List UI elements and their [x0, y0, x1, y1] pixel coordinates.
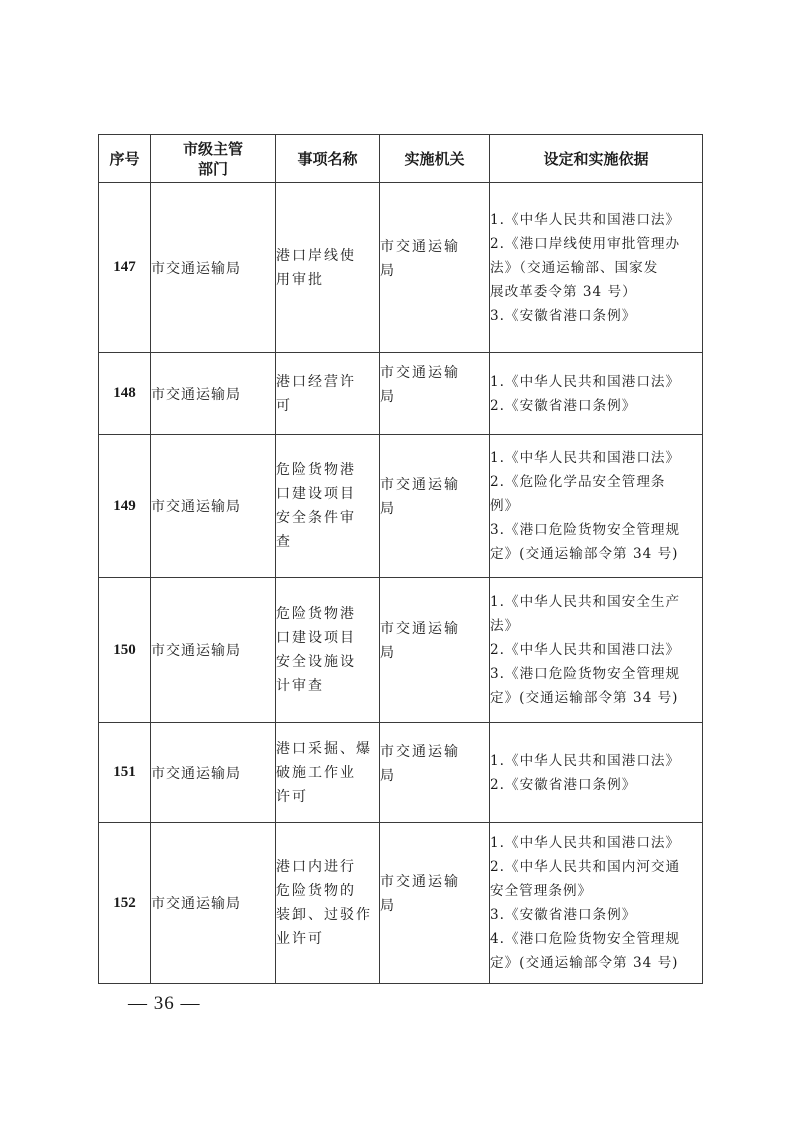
item-name-line: 港口经营许 [276, 370, 379, 394]
table-row: 152市交通运输局港口内进行危险货物的装卸、过驳作业许可市交通运输局1.《中华人… [99, 823, 703, 984]
agency-line: 市交通运输 [380, 473, 489, 497]
legal-basis-line: 定》(交通运输部令第 34 号) [490, 542, 702, 566]
header-implementing-agency: 实施机关 [380, 135, 490, 183]
legal-basis-line: 定》(交通运输部令第 34 号) [490, 951, 702, 975]
legal-basis-line: 1.《中华人民共和国安全生产 [490, 590, 702, 614]
agency-line: 市交通运输 [380, 361, 489, 385]
legal-basis-line: 2.《港口岸线使用审批管理办 [490, 232, 702, 256]
implementing-agency-cell: 市交通运输局 [380, 723, 490, 823]
legal-basis-cell: 1.《中华人民共和国港口法》2.《安徽省港口条例》 [490, 353, 703, 435]
agency-line: 市交通运输 [380, 235, 489, 259]
department-cell: 市交通运输局 [151, 723, 276, 823]
legal-basis-line: 2.《中华人民共和国港口法》 [490, 638, 702, 662]
legal-basis-line: 1.《中华人民共和国港口法》 [490, 208, 702, 232]
item-name-cell: 港口经营许可 [276, 353, 380, 435]
agency-line: 市交通运输 [380, 740, 489, 764]
item-name-line: 口建设项目 [276, 626, 379, 650]
item-name-line: 许可 [276, 785, 379, 809]
implementing-agency-cell: 市交通运输局 [380, 435, 490, 578]
legal-basis-cell: 1.《中华人民共和国安全生产法》2.《中华人民共和国港口法》3.《港口危险货物安… [490, 578, 703, 723]
approval-items-table: 序号 市级主管 部门 事项名称 实施机关 设定和实施依据 147市交通运输局港口… [98, 134, 703, 984]
item-name-cell: 港口采掘、爆破施工作业许可 [276, 723, 380, 823]
page-number: — 36 — [128, 993, 201, 1015]
department-cell: 市交通运输局 [151, 435, 276, 578]
legal-basis-line: 3.《港口危险货物安全管理规 [490, 662, 702, 686]
item-name-line: 危险货物的 [276, 879, 379, 903]
legal-basis-cell: 1.《中华人民共和国港口法》2.《中华人民共和国内河交通安全管理条例》3.《安徽… [490, 823, 703, 984]
table-row: 149市交通运输局危险货物港口建设项目安全条件审查市交通运输局1.《中华人民共和… [99, 435, 703, 578]
item-name-cell: 危险货物港口建设项目安全设施设计审查 [276, 578, 380, 723]
header-legal-basis: 设定和实施依据 [490, 135, 703, 183]
agency-line: 局 [380, 497, 489, 521]
implementing-agency-cell: 市交通运输局 [380, 183, 490, 353]
serial-number-cell: 149 [99, 435, 151, 578]
legal-basis-line: 2.《危险化学品安全管理条 [490, 470, 702, 494]
implementing-agency-cell: 市交通运输局 [380, 823, 490, 984]
item-name-line: 安全设施设 [276, 650, 379, 674]
table-row: 148市交通运输局港口经营许可市交通运输局1.《中华人民共和国港口法》2.《安徽… [99, 353, 703, 435]
item-name-line: 业许可 [276, 927, 379, 951]
department-cell: 市交通运输局 [151, 823, 276, 984]
legal-basis-line: 例》 [490, 494, 702, 518]
legal-basis-line: 法》 [490, 614, 702, 638]
legal-basis-cell: 1.《中华人民共和国港口法》2.《危险化学品安全管理条例》3.《港口危险货物安全… [490, 435, 703, 578]
department-cell: 市交通运输局 [151, 353, 276, 435]
agency-line: 局 [380, 259, 489, 283]
legal-basis-line: 展改革委令第 34 号） [490, 280, 702, 304]
item-name-line: 危险货物港 [276, 602, 379, 626]
implementing-agency-cell: 市交通运输局 [380, 578, 490, 723]
table-row: 150市交通运输局危险货物港口建设项目安全设施设计审查市交通运输局1.《中华人民… [99, 578, 703, 723]
legal-basis-cell: 1.《中华人民共和国港口法》2.《港口岸线使用审批管理办法》（交通运输部、国家发… [490, 183, 703, 353]
implementing-agency-cell: 市交通运输局 [380, 353, 490, 435]
item-name-line: 港口内进行 [276, 855, 379, 879]
agency-line: 市交通运输 [380, 617, 489, 641]
item-name-line: 用审批 [276, 268, 379, 292]
legal-basis-line: 2.《安徽省港口条例》 [490, 773, 702, 797]
agency-line: 局 [380, 385, 489, 409]
table-header-row: 序号 市级主管 部门 事项名称 实施机关 设定和实施依据 [99, 135, 703, 183]
department-cell: 市交通运输局 [151, 578, 276, 723]
agency-line: 局 [380, 641, 489, 665]
legal-basis-cell: 1.《中华人民共和国港口法》2.《安徽省港口条例》 [490, 723, 703, 823]
serial-number-cell: 152 [99, 823, 151, 984]
legal-basis-line: 1.《中华人民共和国港口法》 [490, 831, 702, 855]
serial-number-cell: 148 [99, 353, 151, 435]
item-name-cell: 危险货物港口建设项目安全条件审查 [276, 435, 380, 578]
legal-basis-line: 2.《中华人民共和国内河交通 [490, 855, 702, 879]
item-name-line: 港口采掘、爆 [276, 737, 379, 761]
serial-number-cell: 151 [99, 723, 151, 823]
legal-basis-line: 3.《安徽省港口条例》 [490, 903, 702, 927]
serial-number-cell: 147 [99, 183, 151, 353]
legal-basis-line: 法》（交通运输部、国家发 [490, 256, 702, 280]
legal-basis-line: 1.《中华人民共和国港口法》 [490, 446, 702, 470]
header-department: 市级主管 部门 [151, 135, 276, 183]
item-name-line: 计审查 [276, 674, 379, 698]
legal-basis-line: 1.《中华人民共和国港口法》 [490, 749, 702, 773]
item-name-line: 港口岸线使 [276, 244, 379, 268]
serial-number-cell: 150 [99, 578, 151, 723]
table-row: 151市交通运输局港口采掘、爆破施工作业许可市交通运输局1.《中华人民共和国港口… [99, 723, 703, 823]
table-row: 147市交通运输局港口岸线使用审批市交通运输局1.《中华人民共和国港口法》2.《… [99, 183, 703, 353]
item-name-cell: 港口岸线使用审批 [276, 183, 380, 353]
item-name-line: 危险货物港 [276, 458, 379, 482]
item-name-line: 口建设项目 [276, 482, 379, 506]
item-name-line: 安全条件审 [276, 506, 379, 530]
agency-line: 局 [380, 764, 489, 788]
item-name-line: 查 [276, 530, 379, 554]
item-name-line: 装卸、过驳作 [276, 903, 379, 927]
legal-basis-line: 3.《安徽省港口条例》 [490, 304, 702, 328]
legal-basis-line: 4.《港口危险货物安全管理规 [490, 927, 702, 951]
header-serial-number: 序号 [99, 135, 151, 183]
item-name-line: 破施工作业 [276, 761, 379, 785]
item-name-line: 可 [276, 394, 379, 418]
legal-basis-line: 3.《港口危险货物安全管理规 [490, 518, 702, 542]
legal-basis-line: 安全管理条例》 [490, 879, 702, 903]
agency-line: 局 [380, 894, 489, 918]
agency-line: 市交通运输 [380, 870, 489, 894]
department-cell: 市交通运输局 [151, 183, 276, 353]
legal-basis-line: 1.《中华人民共和国港口法》 [490, 370, 702, 394]
item-name-cell: 港口内进行危险货物的装卸、过驳作业许可 [276, 823, 380, 984]
legal-basis-line: 定》(交通运输部令第 34 号) [490, 686, 702, 710]
legal-basis-line: 2.《安徽省港口条例》 [490, 394, 702, 418]
header-item-name: 事项名称 [276, 135, 380, 183]
